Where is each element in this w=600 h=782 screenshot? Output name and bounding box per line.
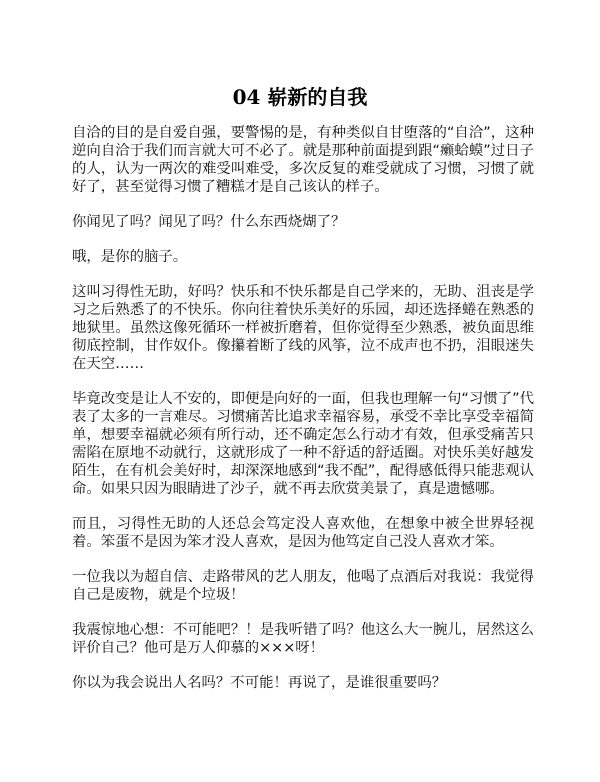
paragraph: 一位我以为超自信、走路带风的艺人朋友，他喝了点酒后对我说：我觉得自己是废物，就是… <box>72 568 534 604</box>
chapter-body: 自洽的目的是自爱自强，要警惕的是，有种类似自甘堕落的“自洽”，这种逆向自洽于我们… <box>72 124 534 709</box>
paragraph: 我震惊地心想：不可能吧？！是我听错了吗？他这么大一腕儿，居然这么评价自己？他可是… <box>72 621 534 657</box>
paragraph: 而且，习得性无助的人还总会笃定没人喜欢他，在想象中被全世界轻视着。笨蛋不是因为笨… <box>72 515 534 551</box>
paragraph: 这叫习得性无助，好吗？快乐和不快乐都是自己学来的，无助、沮丧是学习之后熟悉了的不… <box>72 283 534 373</box>
chapter-title: 04 崭新的自我 <box>0 84 600 110</box>
paragraph: 你以为我会说出人名吗？不可能！再说了，是谁很重要吗？ <box>72 674 534 692</box>
paragraph: 毕竟改变是让人不安的，即便是向好的一面，但我也理解一句“习惯了”代表了太多的一言… <box>72 390 534 498</box>
paragraph: 哦，是你的脑子。 <box>72 248 534 266</box>
paragraph: 自洽的目的是自爱自强，要警惕的是，有种类似自甘堕落的“自洽”，这种逆向自洽于我们… <box>72 124 534 196</box>
paragraph: 你闻见了吗？闻见了吗？什么东西烧煳了？ <box>72 213 534 231</box>
document-page: 04 崭新的自我 自洽的目的是自爱自强，要警惕的是，有种类似自甘堕落的“自洽”，… <box>0 0 600 782</box>
